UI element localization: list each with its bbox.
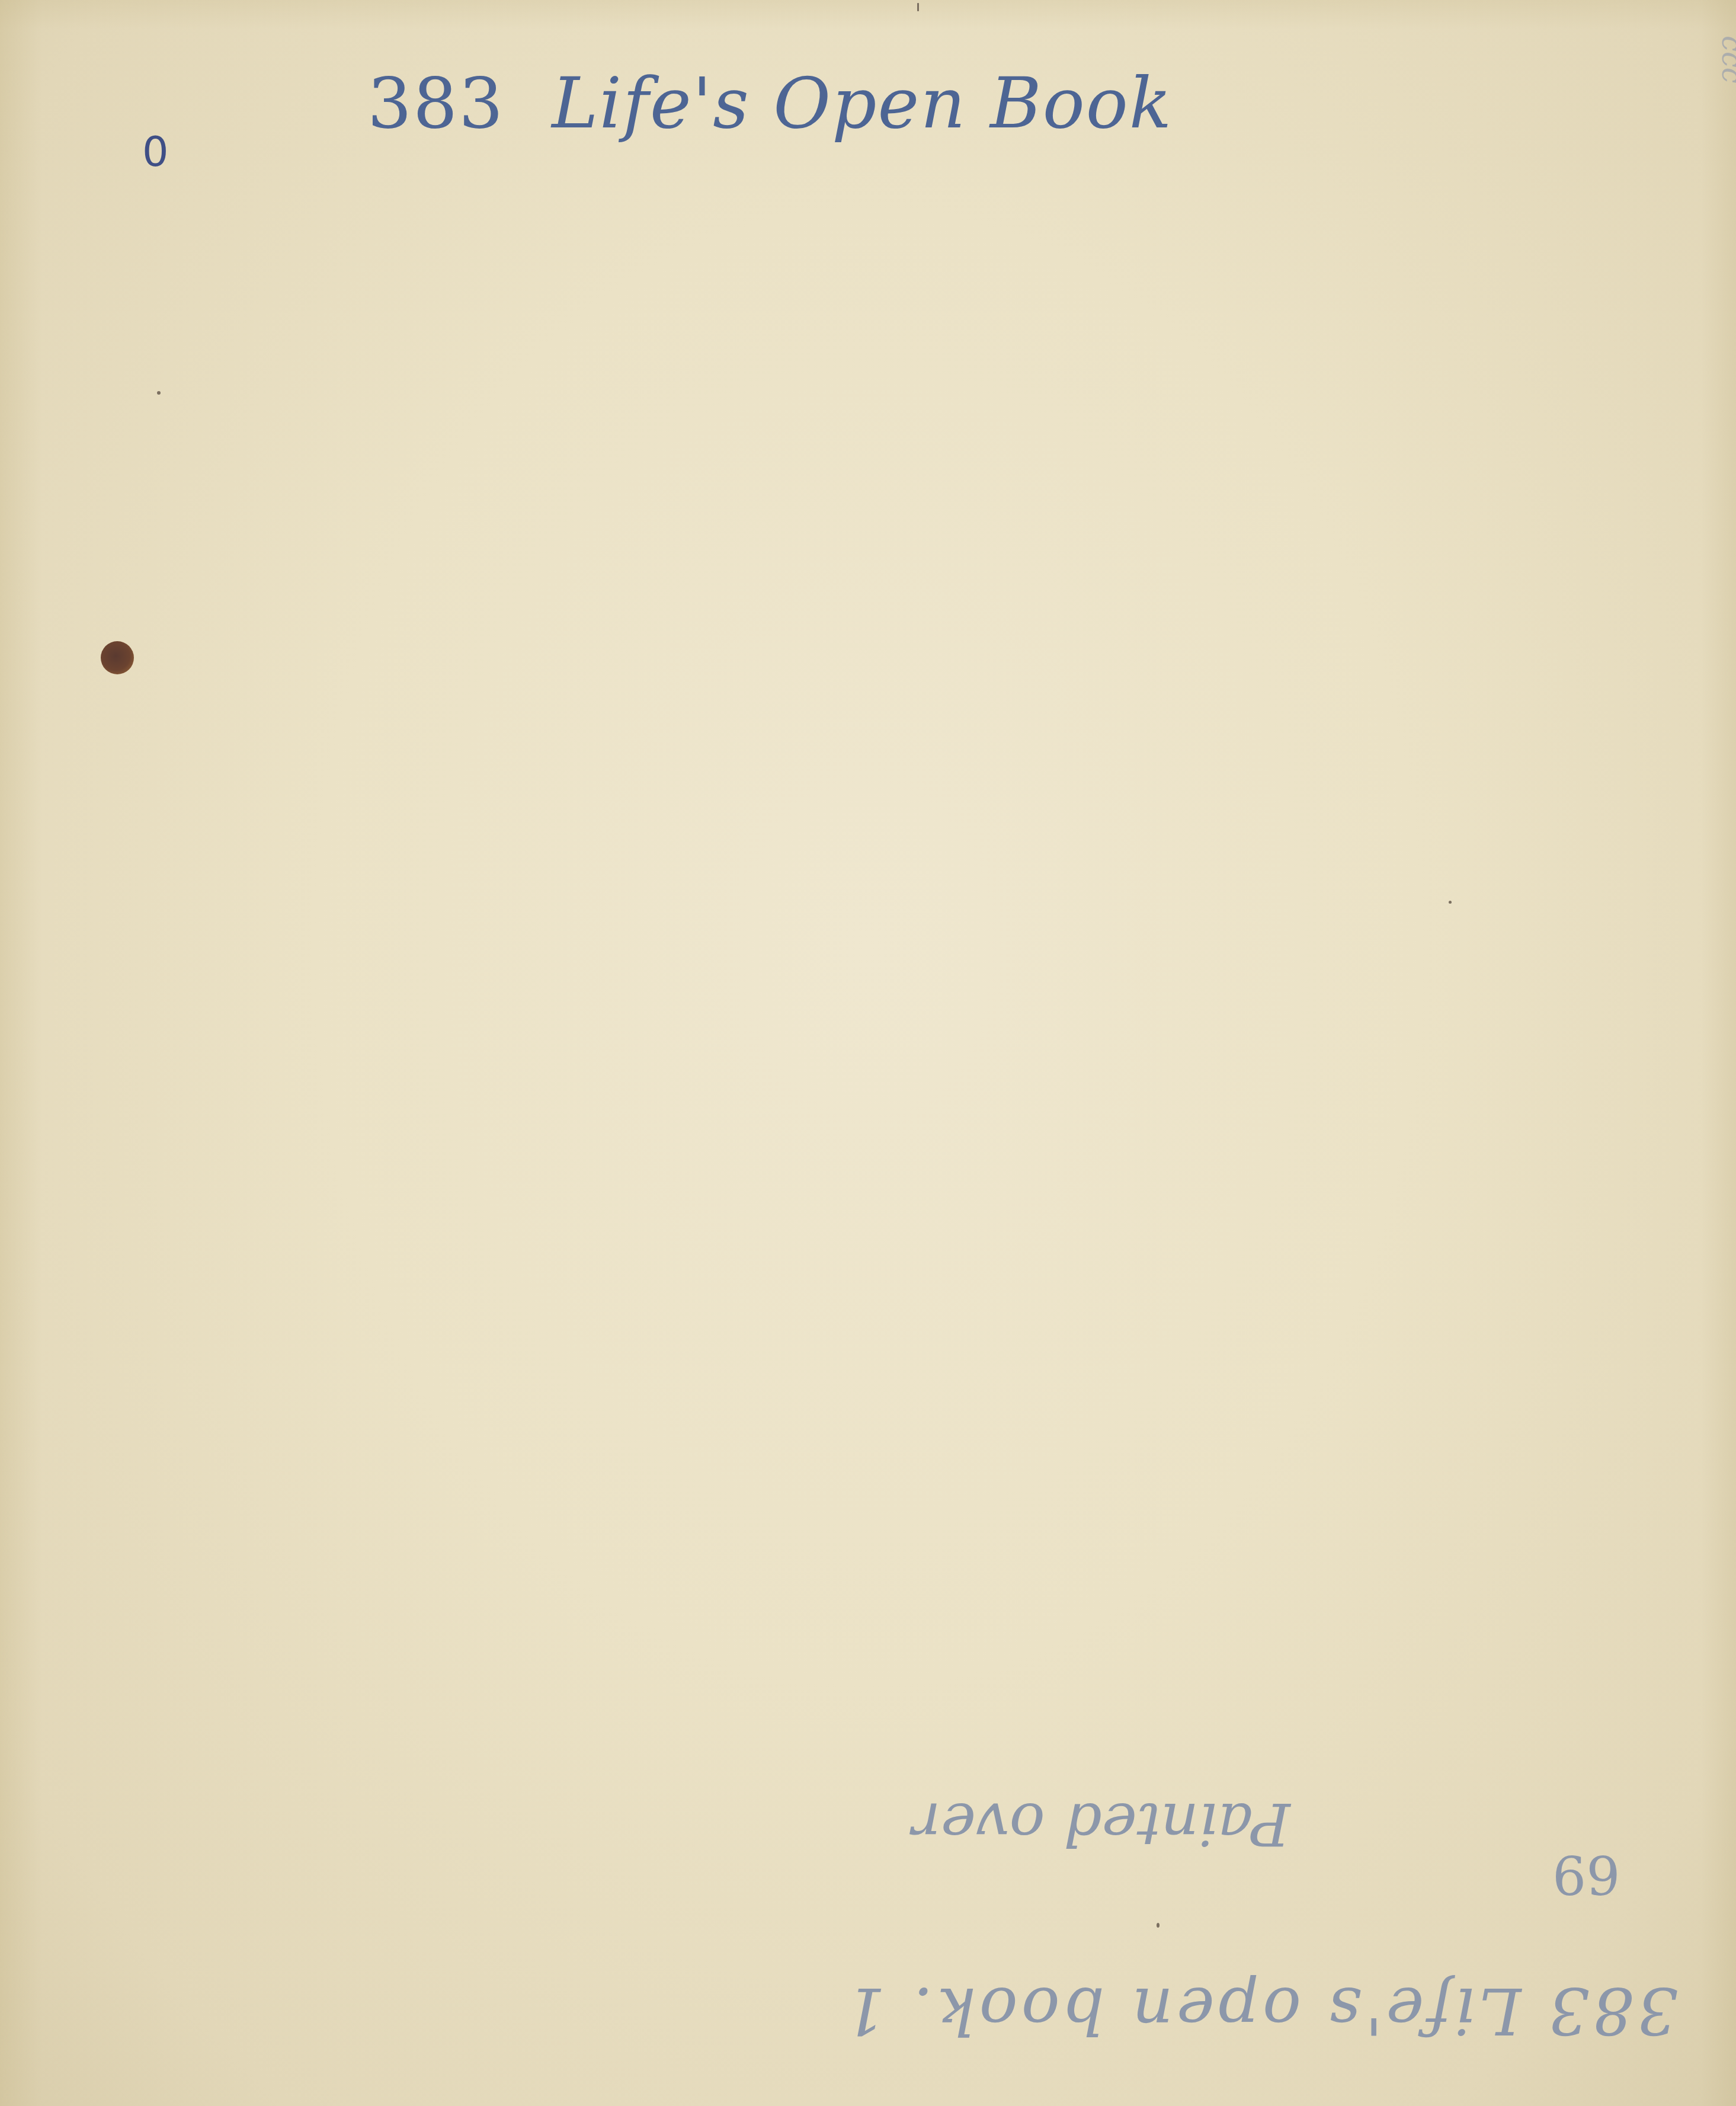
paper-speck — [1157, 1923, 1160, 1928]
pencil-page-number: 69 — [1552, 1843, 1620, 1905]
work-title: Life's Open Book — [552, 62, 1173, 144]
handwritten-title-line: 383Life's Open Book — [367, 62, 1173, 144]
pencil-catalog-line: 383 Life's open book. 1 — [841, 1973, 1678, 2047]
brown-stain-spot — [101, 641, 134, 674]
paper-speck — [1449, 901, 1452, 904]
corner-mark: 0 — [142, 127, 169, 176]
paper-page: 0 383Life's Open Book ccc Painted over 6… — [0, 0, 1736, 2106]
paper-speck — [157, 391, 161, 395]
catalog-number: 383 — [367, 62, 504, 144]
edge-partial-mark: ccc — [1715, 36, 1736, 84]
pencil-note-painted-over: Painted over — [912, 1790, 1290, 1859]
paper-speck — [917, 3, 919, 11]
